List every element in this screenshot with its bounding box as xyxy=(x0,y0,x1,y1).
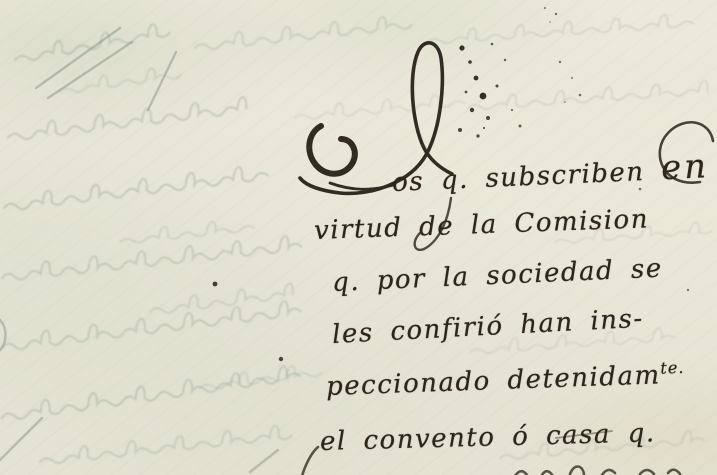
manuscript-line-2: virtud de la Comision xyxy=(313,196,649,247)
manuscript-line-4: les confirió han ins- xyxy=(331,296,644,351)
manuscript-line-5: peccionado detenidamte. xyxy=(325,351,685,402)
manuscript-page: Los q. subscriben en virtud de la Comisi… xyxy=(0,0,717,475)
manuscript-line-3: q. por la sociedad se xyxy=(331,246,663,299)
manuscript-text: Los q. subscriben en virtud de la Comisi… xyxy=(0,0,717,475)
line-text: el convento ó casa q. xyxy=(320,418,656,457)
line-text: les confirió han ins- xyxy=(331,304,644,350)
line-text: os q. subscriben xyxy=(391,156,661,198)
line-trail: en xyxy=(660,146,709,187)
line-text: peccionado detenidam xyxy=(326,360,661,402)
manuscript-line-1: Los q. subscriben en xyxy=(391,146,710,199)
line-text: q. por la sociedad se xyxy=(331,254,663,298)
manuscript-line-6: el convento ó casa q. xyxy=(319,410,656,458)
line-text: virtud de la Comision xyxy=(314,204,650,246)
